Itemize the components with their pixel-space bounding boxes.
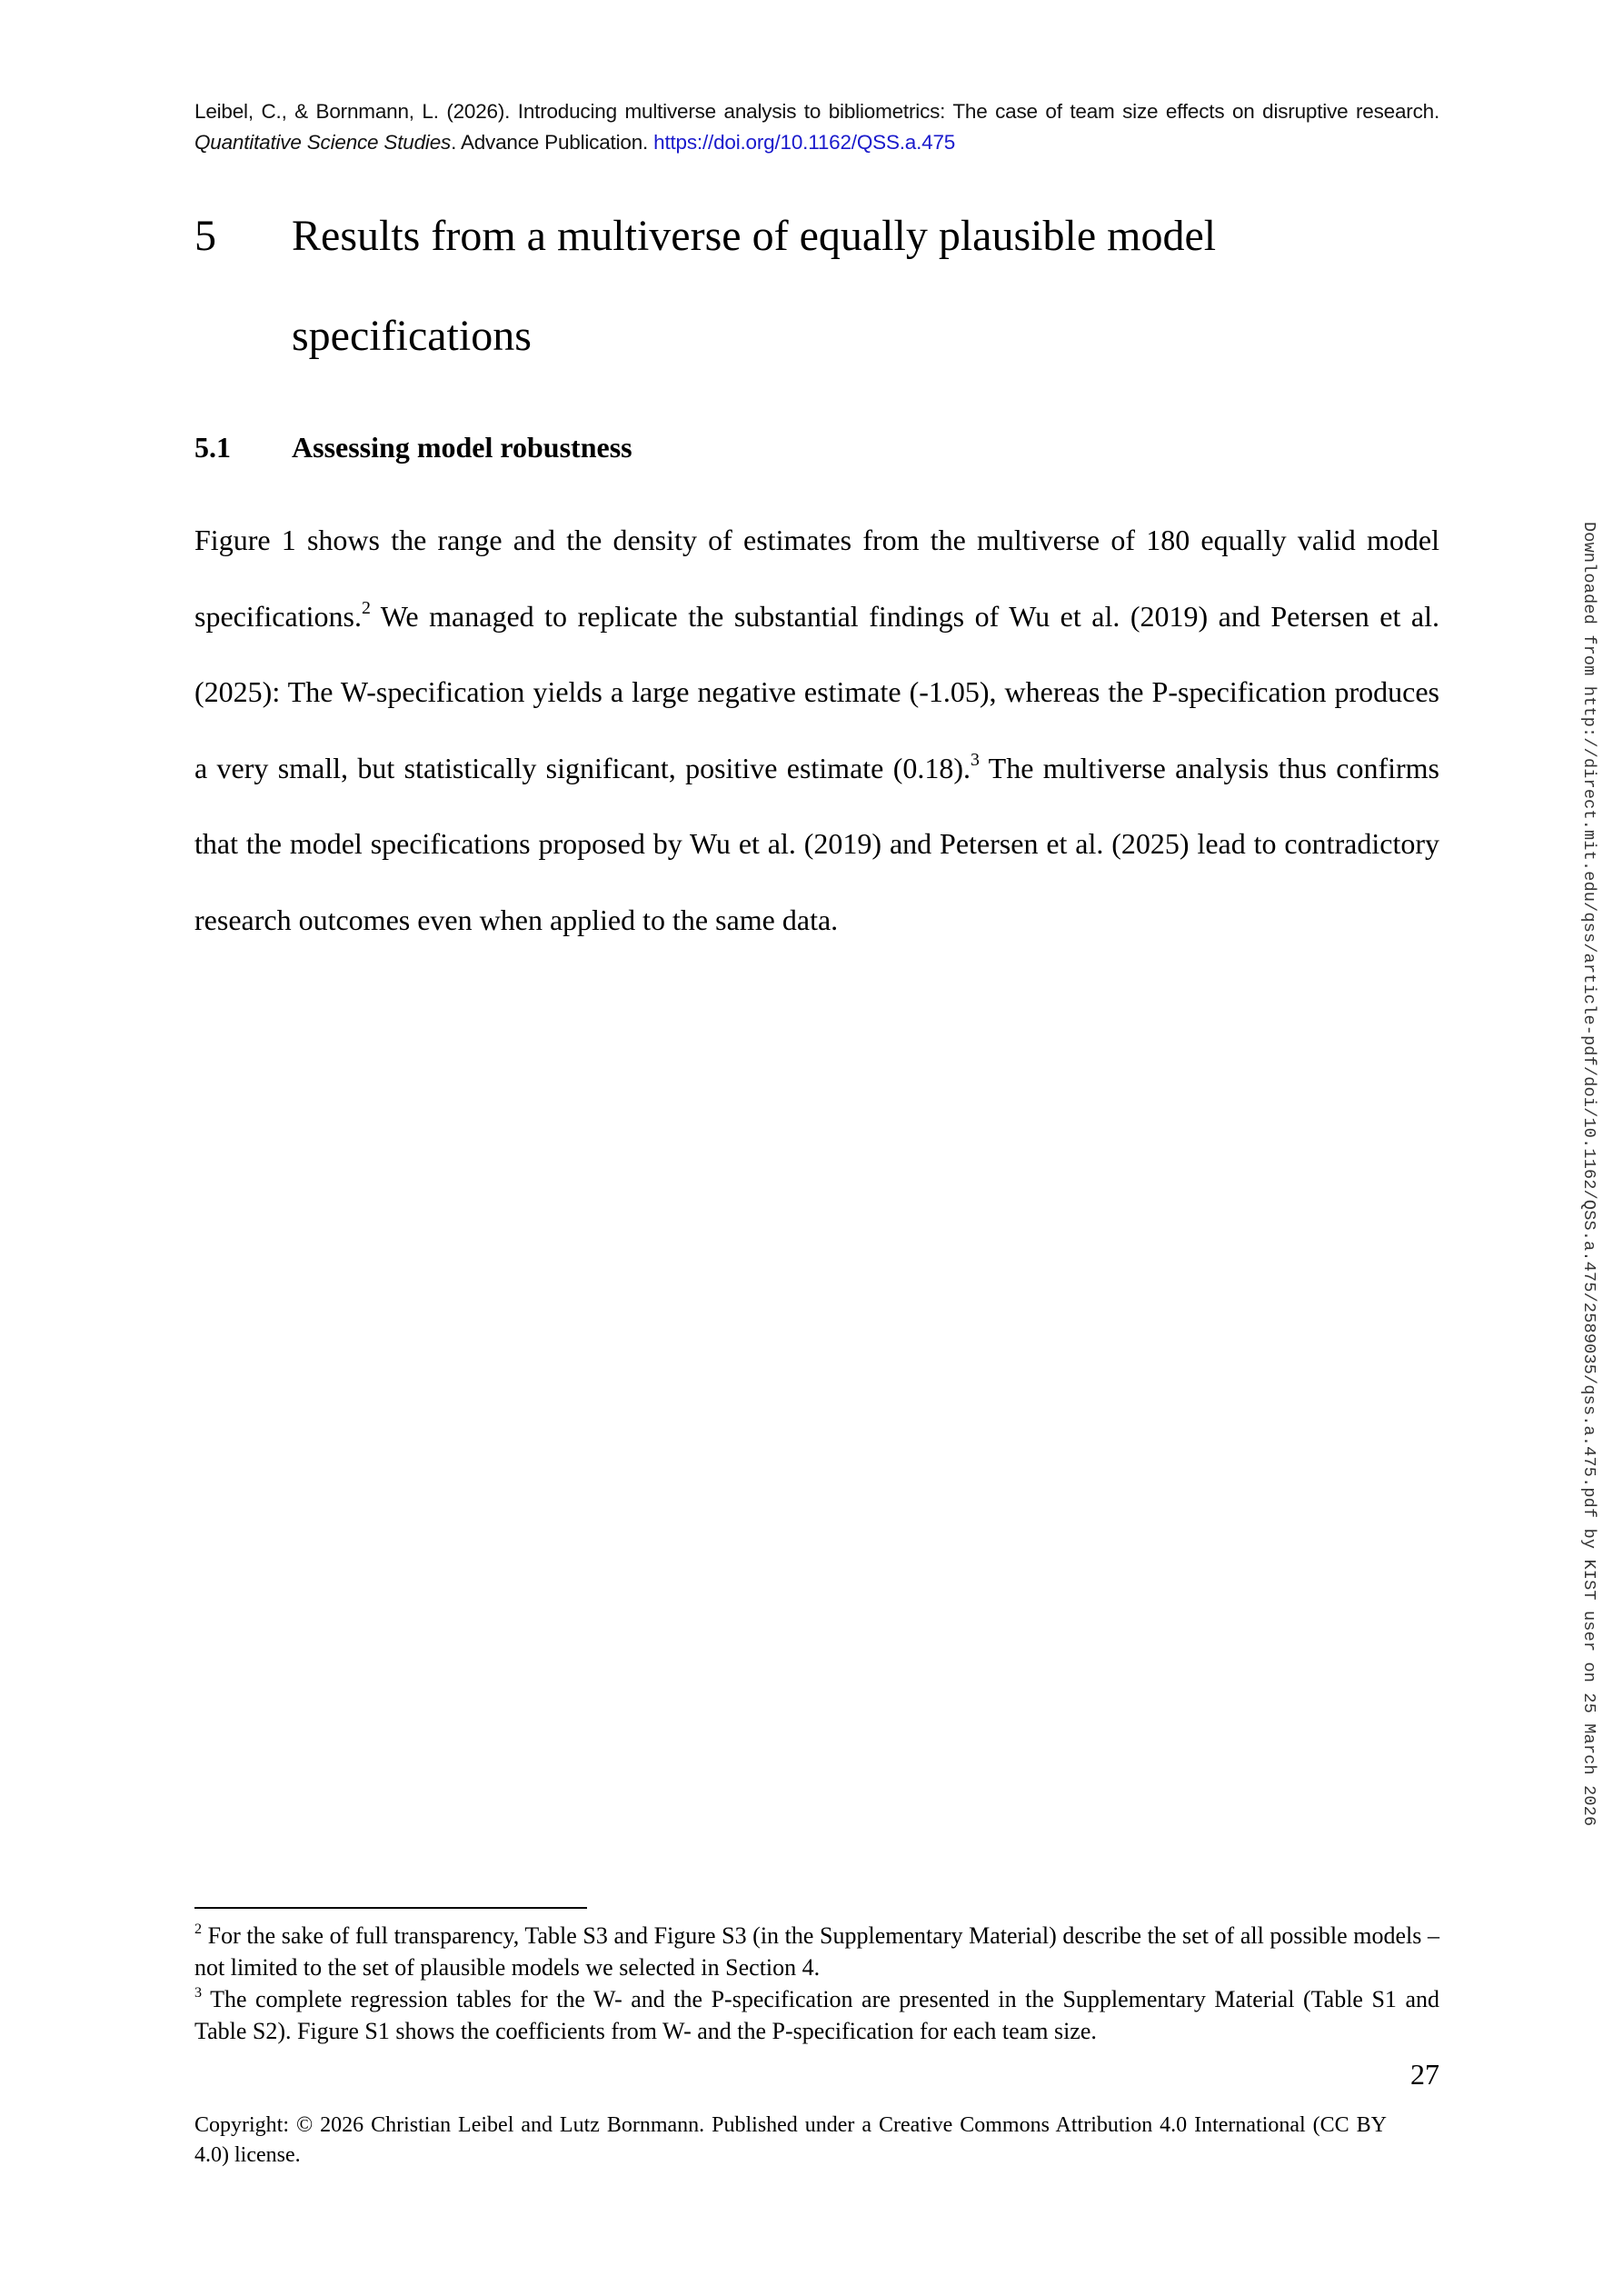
footnote-ref-2[interactable]: 2: [362, 598, 371, 618]
footnote-2: 2 For the sake of full transparency, Tab…: [194, 1920, 1439, 1983]
journal-name: Quantitative Science Studies: [194, 131, 451, 154]
running-header-citation: Leibel, C., & Bornmann, L. (2026). Intro…: [194, 96, 1439, 158]
footnote-marker: 3: [194, 1985, 202, 2001]
footnote-marker: 2: [194, 1922, 202, 1937]
footnote-ref-3[interactable]: 3: [971, 750, 980, 770]
section-title-line-2: specifications: [292, 286, 1382, 386]
download-watermark: Downloaded from http://direct.mit.edu/qs…: [1579, 522, 1598, 1826]
section-number: 5: [194, 186, 216, 286]
footnote-separator: [194, 1907, 587, 1909]
citation-suffix: . Advance Publication.: [451, 131, 653, 154]
subsection-number: 5.1: [194, 427, 231, 467]
citation-prefix: Leibel, C., & Bornmann, L. (2026). Intro…: [194, 100, 1439, 123]
footnote-text: The complete regression tables for the W…: [194, 1986, 1439, 2044]
footnote-text: For the sake of full transparency, Table…: [194, 1922, 1439, 1981]
footnotes: 2 For the sake of full transparency, Tab…: [194, 1920, 1439, 2047]
section-title-line-1: Results from a multiverse of equally pla…: [292, 186, 1382, 286]
document-page: Leibel, C., & Bornmann, L. (2026). Intro…: [0, 0, 1623, 2296]
section-title: Results from a multiverse of equally pla…: [292, 186, 1382, 386]
page-number: 27: [1399, 2056, 1439, 2092]
footnote-3: 3 The complete regression tables for the…: [194, 1983, 1439, 2047]
subsection-title: Assessing model robustness: [292, 427, 632, 467]
body-paragraph: Figure 1 shows the range and the density…: [194, 503, 1439, 958]
doi-link[interactable]: https://doi.org/10.1162/QSS.a.475: [653, 131, 955, 154]
copyright-notice: Copyright: © 2026 Christian Leibel and L…: [194, 2111, 1387, 2171]
